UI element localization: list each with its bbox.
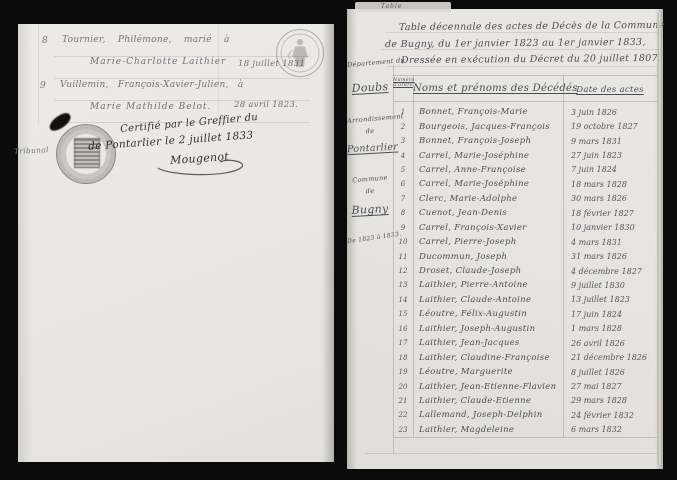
table-row: 10 Carrel, Pierre-Joseph 4 mars 1831 <box>393 235 657 249</box>
row-name: Laithier, Jean-Etienne-Flavien <box>413 382 563 392</box>
left-page-rule <box>38 24 39 124</box>
row-date: 27 juin 1823 <box>563 151 657 160</box>
margin-label-departement: Département du <box>347 57 394 69</box>
row-date: 29 mars 1828 <box>563 396 657 405</box>
row-number: 21 <box>393 397 413 405</box>
fiscal-stamp-figure-icon <box>277 30 323 76</box>
tribunal-ink-seal-icon <box>56 124 116 184</box>
row-number: 7 <box>393 195 413 203</box>
register-left-page: 8 Tournier, Philémone, marié à Marie-Cha… <box>18 24 334 462</box>
row-date: 13 juillet 1823 <box>563 295 657 304</box>
row-number: 8 <box>393 209 413 217</box>
table-row: 22 Lallemand, Joseph-Delphin 24 février … <box>393 408 657 422</box>
table-row: 20 Laithier, Jean-Etienne-Flavien 27 mai… <box>393 379 657 393</box>
row-number: 16 <box>393 325 413 333</box>
row-number: 17 <box>393 339 413 347</box>
seal-crest <box>74 138 100 168</box>
row-date: 30 mars 1826 <box>563 194 657 203</box>
table-row: 23 Laithier, Magdeleine 6 mars 1832 <box>393 423 657 437</box>
row-name: Bonnet, François-Marie <box>413 107 563 117</box>
row-date: 17 juin 1824 <box>563 310 657 319</box>
table-row: 9 Carrel, François-Xavier 10 janvier 183… <box>393 221 657 235</box>
table-border-top <box>393 75 657 76</box>
row-number: 14 <box>393 296 413 304</box>
row-date: 18 mars 1828 <box>563 180 657 189</box>
row-name: Laithier, Claudine-Françoise <box>413 353 563 363</box>
table-border-right <box>657 65 658 453</box>
entry-9-date: 28 avril 1823. <box>234 100 298 110</box>
row-date: 4 décembre 1827 <box>563 267 657 276</box>
row-number: 22 <box>393 411 413 419</box>
table-row: 15 Léoutre, Félix-Augustin 17 juin 1824 <box>393 307 657 321</box>
scan-background: 8 Tournier, Philémone, marié à Marie-Cha… <box>0 0 677 480</box>
table-row: 6 Carrel, Marie-Joséphine 18 mars 1828 <box>393 177 657 191</box>
table-row: 11 Ducommun, Joseph 31 mars 1826 <box>393 249 657 263</box>
row-date: 24 février 1832 <box>563 411 657 420</box>
table-title-line2: de Bugny, du 1er janvier 1823 au 1er jan… <box>385 37 646 50</box>
row-name: Laithier, Joseph-Augustin <box>413 324 563 334</box>
table-row: 21 Laithier, Claude-Etienne 29 mars 1828 <box>393 394 657 408</box>
row-number: 6 <box>393 180 413 188</box>
table-row: 18 Laithier, Claudine-Françoise 21 décem… <box>393 350 657 364</box>
row-name: Léoutre, Marguerite <box>413 367 563 377</box>
row-number: 5 <box>393 166 413 174</box>
row-number: 23 <box>393 426 413 434</box>
row-name: Laithier, Claude-Antoine <box>413 295 563 305</box>
row-name: Lallemand, Joseph-Delphin <box>413 410 563 420</box>
column-header-numero: Numéro d'ordre <box>393 78 413 88</box>
row-date: 9 juillet 1830 <box>563 281 657 290</box>
row-name: Carrel, Marie-Joséphine <box>413 151 563 161</box>
entry-9-number: 9 <box>40 81 46 91</box>
row-name: Laithier, Jean-Jacques <box>413 338 563 348</box>
column-header-names: Noms et prénoms des Décédés <box>413 83 563 94</box>
table-row: 5 Carrel, Anne-Françoise 7 juin 1824 <box>393 163 657 177</box>
table-row: 14 Laithier, Claude-Antoine 13 juillet 1… <box>393 293 657 307</box>
row-date: 8 juillet 1826 <box>563 368 657 377</box>
row-number: 1 <box>393 108 413 116</box>
table-row: 19 Léoutre, Marguerite 8 juillet 1826 <box>393 365 657 379</box>
entry-9-names: Vuillemin, François-Xavier-Julien, à <box>60 80 244 90</box>
row-name: Droset, Claude-Joseph <box>413 266 563 276</box>
row-date: 27 mai 1827 <box>563 382 657 391</box>
row-name: Clerc, Marie-Adolphe <box>413 194 563 204</box>
table-row: 8 Cuenot, Jean-Denis 18 février 1827 <box>393 206 657 220</box>
entry-8-spouse: Marie-Charlotte Laithier <box>90 57 226 67</box>
row-name: Laithier, Claude-Etienne <box>413 396 563 406</box>
margin-label-pontarlier: Pontarlier <box>347 142 394 155</box>
table-row: 7 Clerc, Marie-Adolphe 30 mars 1826 <box>393 192 657 206</box>
row-number: 2 <box>393 123 413 131</box>
entry-8-number: 8 <box>42 36 48 46</box>
table-row: 13 Laithier, Pierre-Antoine 9 juillet 18… <box>393 278 657 292</box>
row-name: Carrel, Marie-Joséphine <box>413 179 563 189</box>
table-row: 3 Bonnet, François-Joseph 9 mars 1831 <box>393 134 657 148</box>
table-title-line1: Table décennale des actes de Décès de la… <box>399 20 665 33</box>
row-date: 6 mars 1832 <box>563 425 657 434</box>
row-name: Laithier, Magdeleine <box>413 425 563 435</box>
row-date: 10 janvier 1830 <box>563 223 657 232</box>
row-number: 15 <box>393 310 413 318</box>
margin-note-tribunal: Tribunal <box>14 145 49 156</box>
page-bottom-rule <box>365 453 659 454</box>
row-date: 18 février 1827 <box>563 209 657 218</box>
table-row: 12 Droset, Claude-Joseph 4 décembre 1827 <box>393 264 657 278</box>
row-name: Carrel, Anne-Françoise <box>413 165 563 175</box>
title-rule <box>387 66 657 67</box>
margin-label-commune: Commune <box>347 173 394 185</box>
register-right-page: Table Table décennale des actes de Décès… <box>347 9 663 469</box>
row-number: 18 <box>393 354 413 362</box>
table-border-bottom <box>393 437 657 438</box>
table-title-line3: Dressée en exécution du Décret du 20 jui… <box>401 53 661 66</box>
signature-flourish-icon <box>150 152 250 178</box>
table-row: 16 Laithier, Joseph-Augustin 1 mars 1828 <box>393 322 657 336</box>
margin-label-decade: De 1823 à 1833. <box>347 232 394 245</box>
row-name: Léoutre, Félix-Augustin <box>413 309 563 319</box>
margin-label-doubs: Doubs <box>347 80 394 95</box>
column-header-date: Date des actes <box>563 85 657 95</box>
row-date: 3 juin 1826 <box>563 108 657 117</box>
entry-9-spouse: Marie Mathilde Belot. <box>90 102 211 112</box>
row-date: 31 mars 1826 <box>563 252 657 261</box>
page-top-tab: Table <box>355 2 451 12</box>
row-number: 20 <box>393 383 413 391</box>
row-number: 12 <box>393 267 413 275</box>
column-header-numero-line2: d'ordre <box>393 83 413 88</box>
table-row: 4 Carrel, Marie-Joséphine 27 juin 1823 <box>393 148 657 162</box>
fiscal-stamp <box>276 29 324 77</box>
table-header-underline <box>393 101 657 102</box>
row-number: 10 <box>393 238 413 246</box>
row-date: 1 mars 1828 <box>563 324 657 333</box>
row-date: 4 mars 1831 <box>563 238 657 247</box>
row-number: 9 <box>393 224 413 232</box>
row-name: Laithier, Pierre-Antoine <box>413 280 563 290</box>
row-date: 7 juin 1824 <box>563 165 657 174</box>
row-name: Carrel, François-Xavier <box>413 223 563 233</box>
row-name: Ducommun, Joseph <box>413 252 563 262</box>
row-number: 19 <box>393 368 413 376</box>
row-name: Carrel, Pierre-Joseph <box>413 237 563 247</box>
table-row: 2 Bourgeois, Jacques-François 19 octobre… <box>393 119 657 133</box>
row-name: Cuenot, Jean-Denis <box>413 208 563 218</box>
table-row: 1 Bonnet, François-Marie 3 juin 1826 <box>393 105 657 119</box>
row-date: 9 mars 1831 <box>563 137 657 146</box>
row-name: Bonnet, François-Joseph <box>413 136 563 146</box>
row-date: 19 octobre 1827 <box>563 122 657 131</box>
table-row: 17 Laithier, Jean-Jacques 26 avril 1826 <box>393 336 657 350</box>
row-date: 26 avril 1826 <box>563 339 657 348</box>
row-number: 11 <box>393 253 413 261</box>
row-name: Bourgeois, Jacques-François <box>413 122 563 132</box>
row-number: 4 <box>393 152 413 160</box>
margin-label-bugny: Bugny <box>347 202 394 217</box>
margin-label-de1: de <box>347 125 394 137</box>
margin-label-de2: de <box>347 185 394 197</box>
row-number: 13 <box>393 281 413 289</box>
left-page-rule <box>54 78 310 79</box>
row-date: 21 décembre 1826 <box>563 353 657 362</box>
row-number: 3 <box>393 137 413 145</box>
entry-8-names: Tournier, Philémone, marié à <box>62 35 230 45</box>
margin-label-arrondissement: Arrondissement <box>347 113 394 125</box>
deaths-table-rows: 1 Bonnet, François-Marie 3 juin 1826 2 B… <box>393 105 657 437</box>
